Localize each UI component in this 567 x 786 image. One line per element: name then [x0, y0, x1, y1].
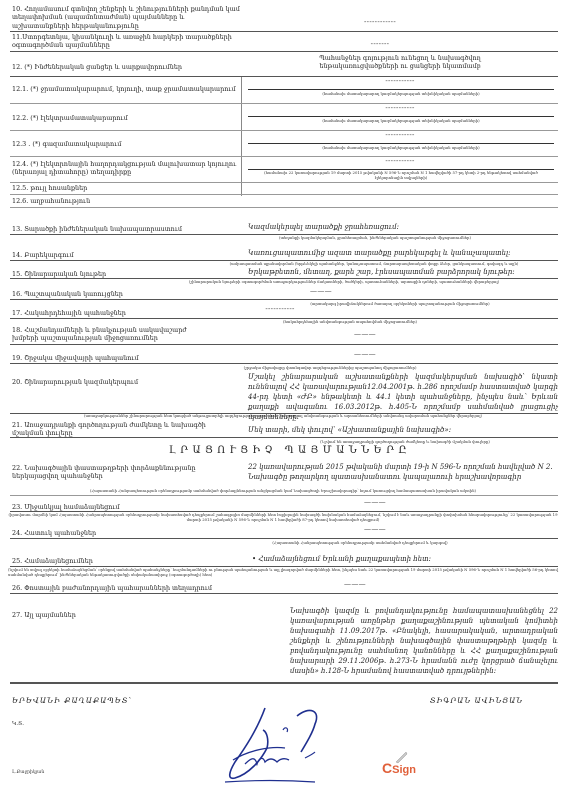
seal-mark: Կ.Տ.: [12, 721, 24, 727]
row-12-3-value: -----------: [360, 131, 440, 139]
row-18-value: ———: [340, 330, 390, 338]
row-11-label: 11.Ստորգետնյա, կիսանկուղի և առաջին հարկե…: [12, 33, 242, 50]
row-12-5-label: 12.5. թույլ հոսանքներ: [12, 184, 238, 192]
value-underline: [248, 89, 554, 90]
row-19-value: ———: [340, 350, 390, 358]
row-10-label: 10. Հողամասում գտնվող շենքերի և շինությո…: [12, 5, 242, 30]
divider: [10, 207, 558, 208]
divider: [10, 682, 558, 684]
right-signatory-name: ՏԻԳՐԱՆ ԱՎԻՆՅԱՆ: [430, 696, 560, 705]
row-12-4-label: 12.4. (*) էլեկտրոնային հաղորդակցության մ…: [12, 160, 238, 177]
row-26-value: ———: [330, 580, 380, 588]
row-18-label: 18. Հաշմանդամների և բնակչության սակավաշա…: [12, 326, 212, 343]
divider: [10, 76, 558, 77]
row-13-label: 13. Տարածքի ինժեներական նախապատրաստում: [12, 225, 242, 233]
section-title: ԼՐԱՑՈՒՑԻՉ ՊԱՅՄԱՆՆԵՐԸ: [100, 445, 480, 456]
divider: [10, 495, 558, 496]
row-13-caption: (տեղանքի կազմակերպման, ջրահեռացման, ինժե…: [200, 236, 550, 241]
row-24-caption: (Հայաստանի Հանրապետության օրենսդրությամբ…: [220, 541, 500, 546]
row-12-4-caption: (համանախ 22 կառավարության 19 մարտի 2015 …: [250, 171, 552, 181]
row-12-3-label: 12.3 . (*) գազամատակարարում: [12, 140, 238, 148]
row-21-value: Մեկ տարի, մեկ փուլով՝ «Աշխատանքային նախա…: [248, 425, 558, 435]
row-12-label: 12. (*) Ինժեներական ցանցեր և սարքավորում…: [12, 63, 242, 71]
row-19-label: 19. Շրջակա միջավայրի պահպանում: [12, 354, 242, 362]
row-24-label: 24. Հատուկ պահանջներ: [12, 529, 242, 537]
row-15-caption: (շինարարական նյութերի օգտագործման առաջար…: [130, 280, 558, 285]
divider: [10, 130, 558, 131]
divider: [10, 31, 558, 32]
divider: [10, 593, 558, 594]
row-16-value: ———: [296, 287, 346, 295]
divider: [10, 194, 558, 195]
row-15-value: Երկաթբետոն, մետաղ, քարե շար, էրեսապատման…: [248, 267, 558, 277]
divider: [10, 182, 558, 183]
divider: [10, 299, 558, 300]
value-underline: [248, 143, 554, 144]
row-13-value: Կազմակերպել տարածքի ջրահեռացում:: [248, 222, 548, 232]
row-10-value: ------------: [330, 18, 430, 26]
row-12-4-value: -----------: [360, 157, 440, 165]
row-22-value: 22 կառավարության 2015 թվականի մարտի 19-ի…: [248, 462, 558, 482]
divider: [10, 103, 558, 104]
row-21-label: 21. Առաջադրանքի գործողության ժամկետը և ն…: [12, 421, 212, 438]
row-14-value: Կառուցապատումից ազատ տարածքը բարեկարգել …: [248, 248, 558, 258]
row-25-value: • Համաձայնեցում Երևանի քաղաքապետի հետ:: [252, 554, 552, 564]
row-22-caption: (Հայաստանի Հանրապետության օրենսդրությամբ…: [8, 489, 558, 494]
row-12-6-label: 12.6. աղբահանություն: [12, 197, 238, 205]
row-11-value: -------: [330, 40, 430, 48]
row-20-caption: (առաջարկություններ շինարարության հետ կապ…: [8, 414, 558, 419]
row-20-label: 20. Շինարարության կազմակերպում: [12, 378, 212, 386]
row-25-label: 25. Համաձայնեցումներ: [12, 557, 242, 565]
row-27-label: 27. Այլ պայմաններ: [12, 611, 212, 619]
value-underline: [248, 116, 554, 117]
row-17-label: 17. Հակահրդեհային պահանջներ: [12, 309, 242, 317]
divider: [10, 51, 558, 52]
row-23-value: ———: [350, 498, 400, 506]
esign-logo: CSign: [382, 758, 416, 777]
row-12-1-label: 12.1. (*) ջրամատակարարում, կոյուղի, տաք …: [12, 85, 238, 93]
executor-name: Լ.Քաջրիկյան: [12, 770, 44, 775]
left-signatory-title: ԵՐԵՎԱՆԻ ՔԱՂԱՔԱՊԵՏ՝: [12, 696, 212, 705]
signature-image: [205, 700, 335, 786]
row-25-caption: (նշվում են տվյալ օբյեկտի համաձայնեցման՝ …: [8, 568, 558, 578]
row-12-2-label: 12.2. (*) էլեկտրամատակարարում: [12, 114, 238, 122]
row-12-value: Պահանջներ գոյություն ունեցող և նախագծվող…: [290, 54, 510, 71]
row-17-value: -----------: [250, 305, 310, 313]
row-26-label: 26. Փոստային բաժանորդային պահարանների տե…: [12, 584, 272, 592]
row-19-caption: (շրջակա միջավայրը վտանգավոր ազդեցություն…: [210, 366, 450, 371]
row-22-label: 22. Նախագծային փաստաթղթերի փորձաքննությա…: [12, 464, 212, 481]
divider: [10, 437, 558, 438]
row-12-2-caption: (համանախ մատակարարող կազմակերպության տեխ…: [250, 119, 552, 124]
divider: [10, 156, 558, 157]
row-17-caption: (հակահրդեհային անվտանգության ապահովման մ…: [200, 320, 500, 325]
row-12-2-value: -----------: [360, 104, 440, 112]
row-12-1-caption: (համանախ մատակարարող կազմակերպության տեխ…: [250, 92, 552, 97]
row-14-label: 14. Բարեկարգում: [12, 251, 242, 259]
row-12-3-caption: (համանախ մատակարարող կազմակերպության տեխ…: [250, 146, 552, 151]
divider: [10, 344, 558, 345]
row-23-caption: (իրավասու մարմնի կամ Հայաստանի Հանրապետո…: [8, 513, 558, 523]
row-16-label: 16. Պաշտպանական կառույցներ: [12, 290, 242, 298]
row-12-1-value: -----------: [360, 77, 440, 85]
esign-logo-text: Sign: [392, 764, 416, 776]
esign-c-icon: C: [382, 760, 392, 776]
row-27-value: Նախագծի կազմը և բովանդակությունը համապատ…: [290, 606, 558, 676]
divider: [10, 538, 558, 539]
row-24-value: ———: [350, 525, 400, 533]
divider: [10, 363, 558, 364]
quill-icon: [394, 750, 408, 764]
column-divider: [241, 77, 242, 196]
